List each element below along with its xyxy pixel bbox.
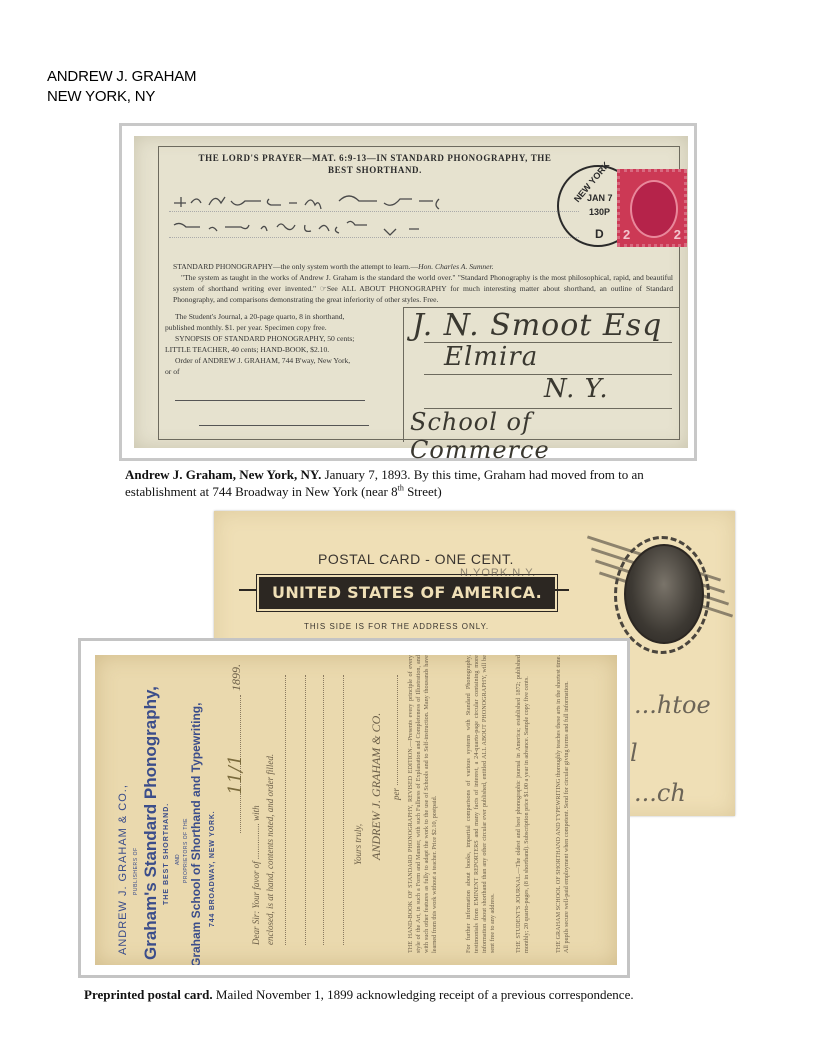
caption-1: Andrew J. Graham, New York, NY. January … — [125, 466, 695, 500]
postcard-3-frame: ANDREW J. GRAHAM & CO., PUBLISHERS OF Gr… — [78, 638, 630, 978]
ornament-icon — [551, 589, 569, 591]
letter-signature: ANDREW J. GRAHAM & CO. — [369, 713, 384, 860]
address-name: J. N. Smoot Esq — [412, 308, 662, 343]
promotional-text: STANDARD PHONOGRAPHY—the only system wor… — [173, 261, 673, 305]
shorthand-line-2 — [169, 215, 579, 238]
card-border: THE LORD'S PRAYER—MAT. 6:9-13—IN STANDAR… — [158, 146, 680, 440]
address-area: J. N. Smoot Esq Elmira N. Y. School of C… — [403, 307, 680, 442]
postal-card-subtitle: THIS SIDE IS FOR THE ADDRESS ONLY. — [304, 622, 489, 631]
ad-handbook: THE HAND-BOOK OF STANDARD PHONOGRAPHY, R… — [407, 655, 439, 953]
postal-card-title: POSTAL CARD - ONE CENT. — [318, 551, 514, 567]
card-title: THE LORD'S PRAYER—MAT. 6:9-13—IN STANDAR… — [165, 152, 585, 176]
ornament-icon — [239, 589, 257, 591]
shorthand-line-1 — [169, 189, 579, 212]
usa-banner: UNITED STATES OF AMERICA. — [239, 577, 569, 607]
letter-line-2: enclosed, is at hand, contents noted, an… — [265, 754, 275, 945]
order-info-text: The Student's Journal, a 20-page quarto,… — [165, 311, 405, 377]
letter-year: 1899. — [229, 664, 244, 691]
cancel-mark: N.YORK.N.Y. — [460, 567, 536, 579]
heading-name: ANDREW J. GRAHAM — [47, 67, 196, 87]
address-city: Elmira — [444, 342, 538, 372]
letter-per: per — [391, 788, 401, 800]
ad-students-journal: THE STUDENT'S JOURNAL.—The oldest and be… — [515, 655, 531, 953]
address-state: N. Y. — [544, 374, 609, 404]
address-school: School of Commerce — [410, 408, 680, 464]
preprinted-postal-card: ANDREW J. GRAHAM & CO., PUBLISHERS OF Gr… — [95, 655, 617, 965]
caption-2: Preprinted postal card. Mailed November … — [84, 986, 644, 1003]
letter-line-1: Dear Sir: Your favor of ................… — [251, 805, 261, 945]
jefferson-portrait-icon — [614, 536, 710, 654]
heading-location: NEW YORK, NY — [47, 87, 196, 107]
blank-line — [199, 425, 369, 426]
ad-graham-school: THE GRAHAM SCHOOL OF SHORTHAND AND TYPEW… — [555, 655, 571, 953]
washington-stamp-icon: 2 2 — [617, 169, 687, 247]
postcard-lords-prayer: THE LORD'S PRAYER—MAT. 6:9-13—IN STANDAR… — [134, 136, 688, 448]
page-heading: ANDREW J. GRAHAM NEW YORK, NY — [47, 67, 196, 107]
handwritten-date: 11/1 — [225, 755, 246, 795]
ad-further-info: For further information about books, imp… — [465, 655, 497, 953]
shorthand-glyphs-icon — [169, 189, 579, 211]
blank-line — [175, 400, 365, 401]
shorthand-glyphs-icon — [169, 215, 579, 237]
letter-closing: Yours truly, — [353, 824, 363, 865]
postcard-1-frame: THE LORD'S PRAYER—MAT. 6:9-13—IN STANDAR… — [119, 123, 697, 461]
